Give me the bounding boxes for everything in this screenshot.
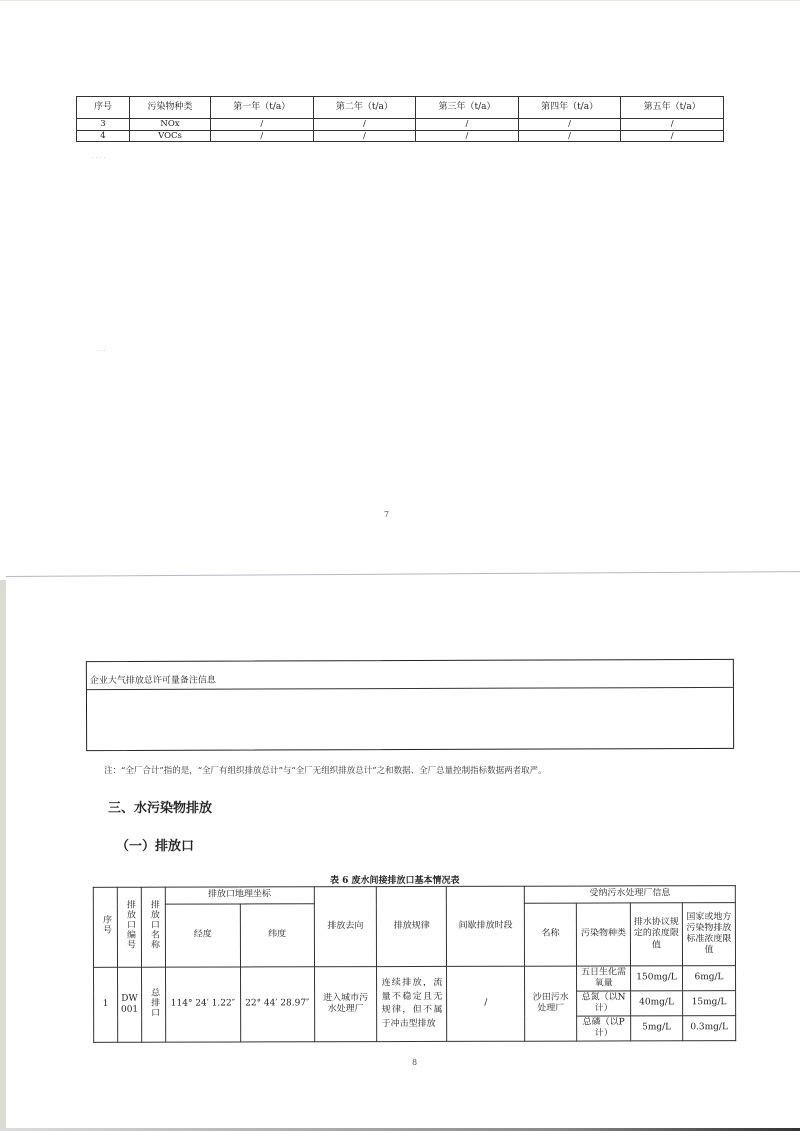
header-seq: 序号 — [93, 887, 117, 967]
header-outlet-name: 排放口名称 — [141, 887, 165, 967]
table-row: 4 VOCs / / / / / — [77, 130, 724, 142]
cell-year-4: / — [518, 130, 621, 142]
wastewater-outlet-table: 序号 排放口编号 排放口名称 排放口地理坐标 排放去向 排放规律 间歇排放时段 … — [93, 885, 736, 1043]
cell-year-2: / — [313, 119, 416, 131]
header-plant-name: 名称 — [525, 903, 577, 966]
header-year-5: 第五年（t/a） — [621, 97, 724, 119]
section-title: 三、水污染物排放 — [108, 797, 212, 816]
cell-outlet-id: DW001 — [117, 967, 141, 1042]
table-header-row: 序号 污染物种类 第一年（t/a） 第二年（t/a） 第三年（t/a） 第四年（… — [77, 97, 724, 119]
header-plant-info: 受纳污水处理厂信息 — [524, 886, 735, 904]
scan-edge — [0, 580, 6, 1131]
page-number: 7 — [384, 510, 389, 519]
cell-pollutant: 五日生化需氧量 — [577, 966, 631, 991]
header-pattern: 排放规律 — [377, 886, 447, 966]
cell-latitude: 22° 44′ 28.97″ — [240, 967, 314, 1042]
table-caption: 表 6 废水间接排放口基本情况表 — [330, 873, 460, 886]
header-direction: 排放去向 — [314, 887, 377, 967]
cell-outlet-name: 总排口 — [141, 967, 165, 1042]
cell-seq: 4 — [77, 130, 130, 142]
cell-direction: 进入城市污水处理厂 — [314, 967, 377, 1042]
cell-year-1: / — [211, 130, 314, 142]
table-header-row: 序号 排放口编号 排放口名称 排放口地理坐标 排放去向 排放规律 间歇排放时段 … — [93, 886, 735, 905]
cell-intermittent: / — [447, 966, 525, 1041]
scan-noise: · · · · — [92, 155, 105, 162]
cell-agreement-limit: 150mg/L — [630, 966, 682, 991]
table-row: 1 DW001 总排口 114° 24′ 1.22″ 22° 44′ 28.97… — [94, 966, 736, 993]
cell-pollutant: 总磷（以P计） — [577, 1016, 631, 1041]
remarks-box: 企业大气排放总许可量备注信息 — [86, 659, 734, 751]
air-emission-total-table: 序号 污染物种类 第一年（t/a） 第二年（t/a） 第三年（t/a） 第四年（… — [76, 96, 724, 142]
remarks-label: 企业大气排放总许可量备注信息 — [87, 668, 733, 690]
cell-standard-limit: 6mg/L — [682, 966, 735, 991]
cell-seq: 1 — [94, 967, 118, 1042]
footnote: 注：“全厂合计”指的是，“全厂有组织排放总计”与“全厂无组织排放总计”之和数据、… — [104, 764, 547, 776]
header-year-1: 第一年（t/a） — [211, 97, 314, 119]
subsection-title: （一）排放口 — [116, 835, 194, 854]
header-intermittent: 间歇排放时段 — [447, 886, 525, 966]
header-outlet-id: 排放口编号 — [117, 887, 141, 967]
header-year-2: 第二年（t/a） — [313, 97, 416, 119]
cell-agreement-limit: 5mg/L — [631, 1016, 683, 1041]
table-row: 3 NOx / / / / / — [77, 119, 724, 131]
cell-year-5: / — [621, 130, 724, 142]
cell-pattern: 连续排放，流量不稳定且无规律，但不属于冲击型排放 — [377, 966, 447, 1041]
header-pollutant: 污染物种类 — [576, 903, 630, 966]
header-standard-limit: 国家或地方污染物排放标准浓度限值 — [682, 903, 735, 966]
cell-standard-limit: 0.3mg/L — [683, 1016, 736, 1041]
header-longitude: 经度 — [165, 904, 240, 967]
cell-agreement-limit: 40mg/L — [631, 991, 683, 1016]
scan-noise: · · · — [96, 348, 106, 355]
cell-year-4: / — [518, 119, 621, 131]
cell-year-3: / — [416, 130, 519, 142]
cell-pollutant: VOCs — [130, 130, 211, 142]
document-page-7 — [0, 0, 800, 579]
cell-year-3: / — [416, 119, 519, 131]
header-coords: 排放口地理坐标 — [165, 887, 314, 904]
cell-year-1: / — [211, 119, 314, 131]
header-seq: 序号 — [77, 97, 130, 119]
header-year-3: 第三年（t/a） — [416, 97, 519, 119]
header-latitude: 纬度 — [240, 904, 314, 967]
page-number: 8 — [412, 1058, 417, 1067]
cell-plant-name: 沙田污水处理厂 — [525, 966, 577, 1041]
cell-pollutant: NOx — [130, 119, 211, 131]
cell-year-2: / — [313, 130, 416, 142]
cell-seq: 3 — [77, 119, 130, 131]
cell-year-5: / — [621, 119, 724, 131]
cell-longitude: 114° 24′ 1.22″ — [165, 967, 240, 1042]
cell-pollutant: 总氮（以N计） — [577, 991, 631, 1016]
header-pollutant: 污染物种类 — [130, 97, 211, 119]
header-agreement-limit: 排水协议规定的浓度限值 — [630, 903, 682, 966]
header-year-4: 第四年（t/a） — [518, 97, 621, 119]
cell-standard-limit: 15mg/L — [683, 991, 736, 1016]
